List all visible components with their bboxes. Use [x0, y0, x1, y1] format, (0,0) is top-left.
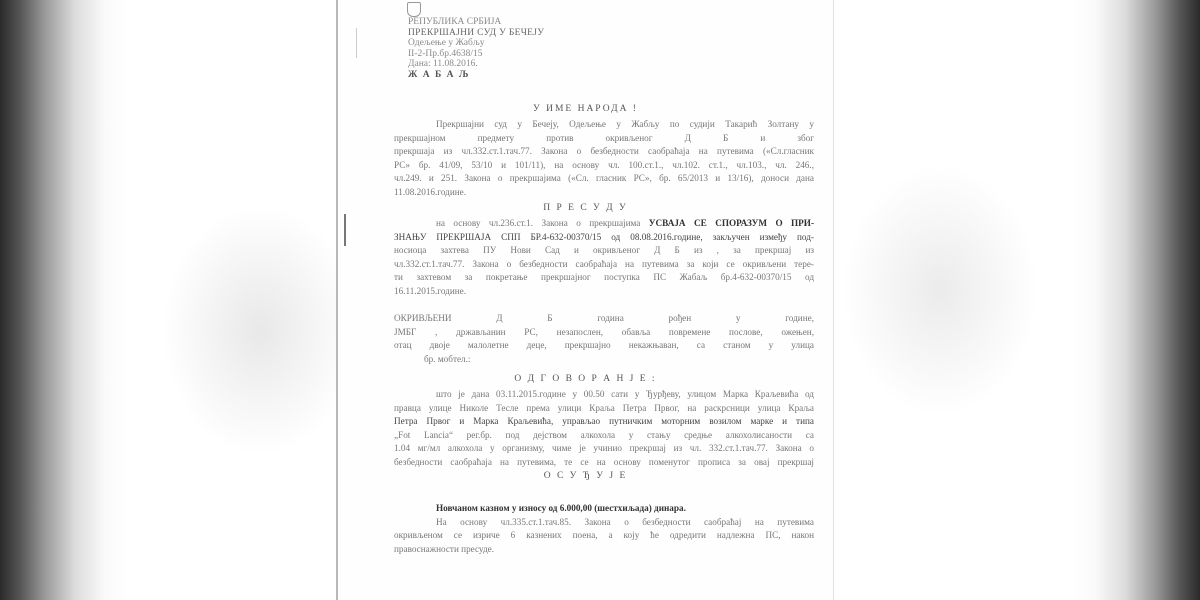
heading-verdict: П Р Е С У Д У — [338, 203, 833, 213]
intro-line: прекршаја из чл.332.ст.1.тач.77. Закона … — [394, 145, 814, 159]
verdict-line: 16.11.2015.године. — [394, 285, 814, 299]
margin-mark — [344, 214, 346, 246]
intro-line: Прекршајни суд у Бечеју, Одељење у Жабљу… — [394, 118, 814, 132]
guilty-line: Петра Првог и Марка Краљевића, управљао … — [394, 415, 814, 429]
header-date: Дана: 11.08.2016. — [408, 59, 544, 70]
intro-line: РС» бр. 41/09, 53/10 и 101/11), на основ… — [394, 159, 814, 173]
guilty-line: 1.04 мг/мл алкохола у организму, чиме је… — [394, 442, 814, 456]
header-case-number: II-2-Пр.бр.4638/15 — [408, 49, 544, 60]
intro-line: чл.249. и 251. Закона о прекршајима («Сл… — [394, 172, 814, 186]
intro-paragraph: Прекршајни суд у Бечеју, Одељење у Жабљу… — [394, 118, 814, 199]
sentence-line: На основу чл.335.ст.1.тач.85. Закона о б… — [394, 516, 814, 530]
verdict-line: ЗНАЊУ ПРЕКРШАЈА СПП БР.4-632-00370/15 од… — [394, 231, 814, 245]
defendant-line: отац двоје малолетне деце, прекршајно не… — [394, 339, 814, 353]
defendant-line: бр. мобтел.: — [394, 353, 814, 367]
sentence-line: правоснажности пресуде. — [394, 543, 814, 557]
guilty-line: што је дана 03.11.2015.године у 00.50 са… — [394, 388, 814, 402]
header-city: Ж А Б А Љ — [408, 70, 544, 81]
defendant-line: ОКРИВЉЕНИ Д Б година рођен у године, — [394, 312, 814, 326]
coat-of-arms-icon — [407, 2, 421, 17]
heading-in-name-of-people: У ИМЕ НАРОДА ! — [338, 104, 833, 114]
fine-line: Новчаном казном у износу од 6.000,00 (ше… — [394, 502, 814, 516]
verdict-line: носиоца захтева ПУ Нови Сад и окривљеног… — [394, 244, 814, 258]
verdict-paragraph: на основу чл.236.ст.1. Закона о прекршај… — [394, 217, 814, 298]
verdict-line: ти захтевом за покретање прекршајног пос… — [394, 271, 814, 285]
heading-guilty: О Д Г О В О Р А Н Ј Е : — [338, 374, 833, 384]
heading-sentence: О С У Ђ У Ј Е — [338, 471, 833, 481]
margin-mark — [356, 28, 357, 58]
document-page: РЕПУБЛИКА СРБИЈА ПРЕКРШАЈНИ СУД У БЕЧЕЈУ… — [336, 0, 834, 600]
verdict-line: на основу чл.236.ст.1. Закона о прекршај… — [394, 217, 814, 231]
intro-line: 11.08.2016.године. — [394, 186, 814, 200]
guilty-line: „Fot Lancia“ рег.бр. под дејством алкохо… — [394, 429, 814, 443]
header-department: Одељење у Жабљу — [408, 38, 544, 49]
verdict-line: чл.332.ст.1.тач.77. Закона о безбедности… — [394, 258, 814, 272]
defendant-line: ЈМБГ , држављанин РС, незапослен, обавља… — [394, 326, 814, 340]
verdict-text: на основу чл.236.ст.1. Закона о прекршај… — [436, 218, 649, 228]
header-court: ПРЕКРШАЈНИ СУД У БЕЧЕЈУ — [408, 28, 544, 39]
sentence-paragraph: Новчаном казном у износу од 6.000,00 (ше… — [394, 502, 814, 556]
guilty-paragraph: што је дана 03.11.2015.године у 00.50 са… — [394, 388, 814, 469]
document-header: РЕПУБЛИКА СРБИЈА ПРЕКРШАЈНИ СУД У БЕЧЕЈУ… — [408, 17, 544, 80]
defendant-paragraph: ОКРИВЉЕНИ Д Б година рођен у године, ЈМБ… — [394, 312, 814, 366]
verdict-accepted-text: УСВАЈА СЕ СПОРАЗУМ О ПРИ- — [649, 218, 814, 228]
guilty-line: безбедности саобраћаја на путевима, те с… — [394, 456, 814, 470]
header-country: РЕПУБЛИКА СРБИЈА — [408, 17, 544, 28]
sentence-line: окривљеном се изриче 6 казнених поена, а… — [394, 529, 814, 543]
intro-line: прекршајном предмету против окривљеног Д… — [394, 132, 814, 146]
guilty-line: правца улице Николе Тесле према улици Кр… — [394, 402, 814, 416]
